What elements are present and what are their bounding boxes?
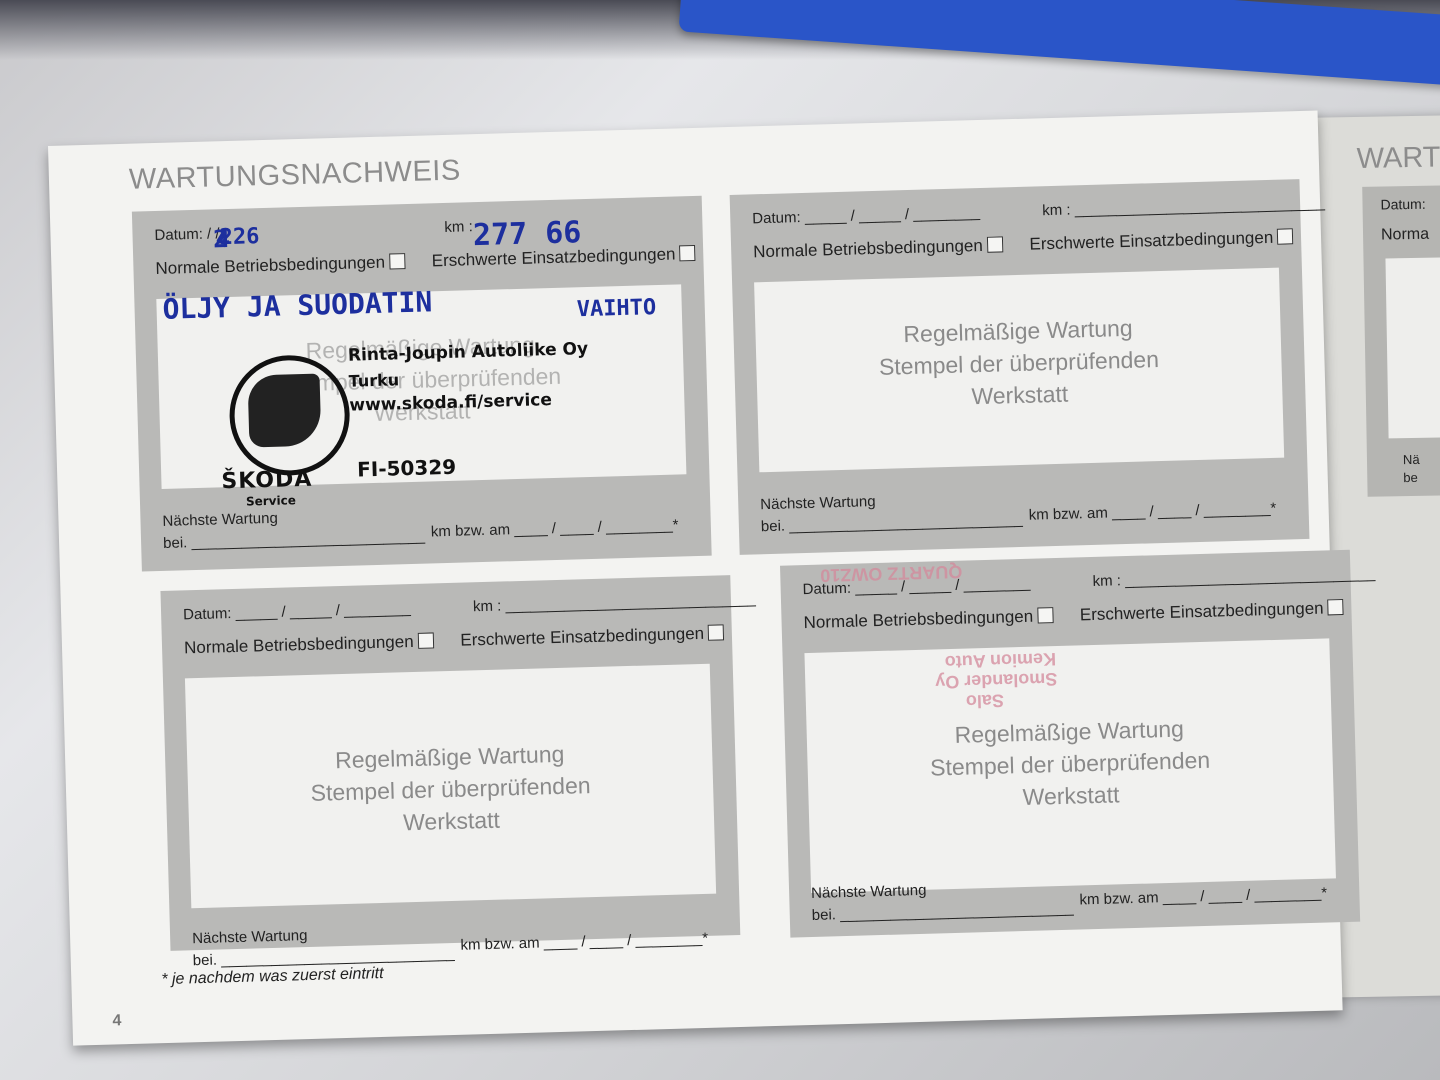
km-field[interactable]: ______________________________ [1074, 194, 1325, 218]
conditions-row: Normale Betriebsbedingungen Erschwerte E… [184, 623, 747, 659]
right-bei-label: be [1403, 470, 1418, 485]
hard-conditions-label: Erschwerte Einsatzbedingungen [460, 624, 704, 650]
date-label: Datum: [154, 226, 203, 244]
km-field[interactable]: ______________________________ [505, 590, 756, 614]
right-normal-label: Norma [1381, 226, 1429, 245]
stamp-area: Kemion Auto Smolander Oy Salo Regelmäßig… [804, 638, 1335, 893]
km-field[interactable]: ______________________________ [1125, 565, 1376, 589]
stamp-area: Regelmäßige Wartung Stempel der überprüf… [185, 664, 716, 909]
right-page-card: Datum: Norma Nä be [1362, 184, 1440, 497]
date-row: Datum: _____ / _____ / ________ km : ___… [752, 204, 980, 227]
date-field[interactable]: _____ / _____ / ________ [805, 204, 981, 226]
stamp-placeholder: Regelmäßige Wartung Stempel der überprüf… [187, 734, 714, 845]
date-field[interactable]: _____ / _____ / ________ [235, 600, 411, 622]
right-next-label: Nä [1403, 452, 1420, 467]
next-service: Nächste Wartung bei. ___________________… [811, 876, 1074, 927]
hard-conditions-label: Erschwerte Einsatzbedingungen [431, 245, 675, 271]
hard-conditions-label: Erschwerte Einsatzbedingungen [1080, 599, 1324, 625]
stamp-placeholder: Regelmäßige Wartung Stempel der überprüf… [806, 708, 1333, 819]
next-service-km: km bzw. am ____ / ____ / ________* [431, 517, 679, 541]
page-heading: WARTUNGSNACHWEIS [129, 154, 462, 196]
next-service: Nächste Wartung bei. ___________________… [162, 504, 425, 555]
normal-conditions-checkbox[interactable] [389, 253, 405, 269]
next-service-km: km bzw. am ____ / ____ / ________* [1079, 885, 1327, 909]
right-page-heading: WART [1356, 141, 1440, 175]
normal-conditions-label: Normale Betriebsbedingungen [753, 236, 983, 261]
date-row: Datum: 2 / 4 / 226 km : 277 66 [154, 225, 219, 244]
service-entry-3: Datum: _____ / _____ / ________ km : ___… [160, 575, 740, 951]
normal-conditions-checkbox[interactable] [1037, 607, 1053, 623]
conditions-row: Normale Betriebsbedingungen Erschwerte E… [803, 597, 1366, 633]
service-entry-1: Datum: 2 / 4 / 226 km : 277 66 Normale B… [132, 196, 712, 572]
km-label: km : [1092, 572, 1121, 590]
service-booklet: WART Datum: Norma Nä be WARTUNGSNACHWEIS… [48, 118, 1440, 1058]
service-entry-2: Datum: _____ / _____ / ________ km : ___… [730, 179, 1310, 555]
hard-conditions-checkbox[interactable] [1277, 228, 1293, 244]
ghost-stamp-line-4: Salo [966, 690, 1005, 712]
right-stampbox [1385, 256, 1440, 438]
date-field[interactable]: _____ / _____ / ________ [855, 575, 1031, 597]
normal-conditions-label: Normale Betriebsbedingungen [184, 632, 414, 657]
left-page: WARTUNGSNACHWEIS Datum: 2 / 4 / 226 km :… [48, 111, 1343, 1046]
work-description-line-1: ÖLJY JA SUODATIN [162, 285, 433, 326]
conditions-row: Normale Betriebsbedingungen Erschwerte E… [753, 227, 1316, 263]
stamp-area: Regelmäßige Wartung Stempel der überprüf… [754, 268, 1284, 473]
right-date-label: Datum: [1380, 196, 1425, 213]
date-label: Datum: [183, 605, 232, 623]
stamp-city: Turku [348, 370, 399, 390]
stamp-code: FI-50329 [357, 455, 457, 482]
km-label: km : [473, 598, 502, 616]
km-label: km : [1042, 201, 1071, 219]
hard-conditions-checkbox[interactable] [1327, 599, 1343, 615]
normal-conditions-checkbox[interactable] [417, 632, 433, 648]
hard-conditions-checkbox[interactable] [679, 245, 695, 261]
next-service: Nächste Wartung bei. ___________________… [760, 487, 1023, 538]
stamp-area: Regelmäßige Wartung Stempel der überprüf… [156, 284, 686, 489]
normal-conditions-checkbox[interactable] [987, 236, 1003, 252]
work-description-line-2: VAIHTO [576, 295, 656, 322]
service-entry-4: QUARTZ OWZ10 Datum: _____ / _____ / ____… [780, 550, 1360, 938]
hard-conditions-label: Erschwerte Einsatzbedingungen [1029, 228, 1273, 254]
stamp-brand: ŠKODA [221, 467, 313, 495]
next-service: Nächste Wartung bei. ___________________… [192, 921, 455, 972]
stamp-brand-sub: Service [246, 493, 296, 508]
date-row: Datum: _____ / _____ / ________ km : ___… [183, 600, 411, 623]
normal-conditions-label: Normale Betriebsbedingungen [803, 607, 1033, 632]
date-label: Datum: [752, 209, 801, 227]
date-year: 226 [219, 224, 259, 250]
next-service-km: km bzw. am ____ / ____ / ________* [1028, 500, 1276, 524]
hard-conditions-checkbox[interactable] [708, 624, 724, 640]
page-number: 4 [112, 1012, 121, 1030]
stamp-placeholder: Regelmäßige Wartung Stempel der überprüf… [755, 308, 1282, 419]
date-label: Datum: [802, 580, 851, 598]
km-label: km : [444, 218, 473, 236]
next-service-km: km bzw. am ____ / ____ / ________* [460, 930, 708, 954]
normal-conditions-label: Normale Betriebsbedingungen [155, 253, 385, 278]
